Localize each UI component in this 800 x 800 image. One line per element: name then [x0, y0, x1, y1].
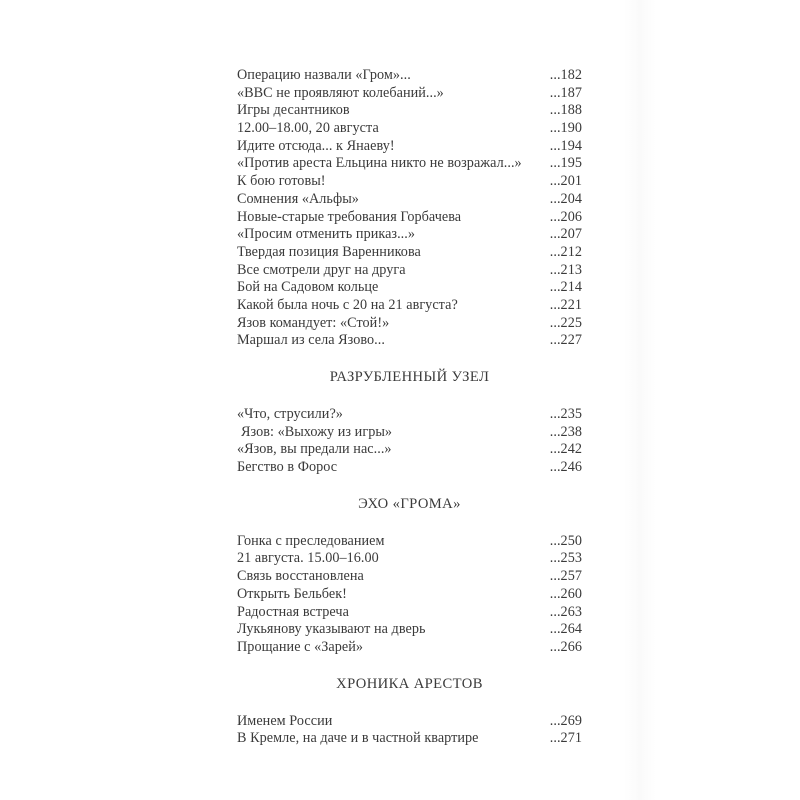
entry-page-number: ...266 [550, 639, 582, 657]
toc-entry: «Против ареста Ельцина никто не возражал… [237, 155, 582, 173]
toc-entry: К бою готовы!...201 [237, 173, 582, 191]
toc-entry: 12.00–18.00, 20 августа...190 [237, 120, 582, 138]
entry-title: «Язов, вы предали нас...» [237, 441, 550, 459]
entry-page-number: ...269 [550, 713, 582, 731]
entry-title: Идите отсюда... к Янаеву! [237, 138, 550, 156]
entry-title: Радостная встреча [237, 604, 550, 622]
entry-title: Прощание с «Зарей» [237, 639, 550, 657]
entry-title: К бою готовы! [237, 173, 550, 191]
entry-title: «ВВС не проявляют колебаний...» [237, 85, 550, 103]
entry-page-number: ...187 [550, 85, 582, 103]
spacer [237, 386, 582, 406]
entry-page-number: ...227 [550, 332, 582, 350]
spacer [237, 350, 582, 368]
toc-entry: Бой на Садовом кольце...214 [237, 279, 582, 297]
entry-page-number: ...246 [550, 459, 582, 477]
entry-page-number: ...250 [550, 533, 582, 551]
toc-entry: Язов командует: «Стой!»...225 [237, 315, 582, 333]
book-page: Операцию назвали «Гром»......182«ВВС не … [0, 0, 800, 800]
toc-entry: Сомнения «Альфы»...204 [237, 191, 582, 209]
entry-page-number: ...195 [550, 155, 582, 173]
toc-entry: Какой была ночь с 20 на 21 августа?...22… [237, 297, 582, 315]
entry-title: Новые-старые требования Горбачева [237, 209, 550, 227]
toc-entry: В Кремле, на даче и в частной квартире..… [237, 730, 582, 748]
entry-page-number: ...253 [550, 550, 582, 568]
entry-page-number: ...188 [550, 102, 582, 120]
spacer [237, 513, 582, 533]
entry-title: Именем России [237, 713, 550, 731]
entry-page-number: ...182 [550, 67, 582, 85]
entry-page-number: ...263 [550, 604, 582, 622]
entry-page-number: ...271 [550, 730, 582, 748]
spacer [237, 657, 582, 675]
toc-entry: «Язов, вы предали нас...»...242 [237, 441, 582, 459]
entry-page-number: ...225 [550, 315, 582, 333]
entry-page-number: ...214 [550, 279, 582, 297]
toc-entry: 21 августа. 15.00–16.00...253 [237, 550, 582, 568]
entry-title: Лукьянову указывают на дверь [237, 621, 550, 639]
entry-title: Гонка с преследованием [237, 533, 550, 551]
toc-entry: Бегство в Форос...246 [237, 459, 582, 477]
entry-title: Твердая позиция Варенникова [237, 244, 550, 262]
entry-title: Сомнения «Альфы» [237, 191, 550, 209]
entry-page-number: ...221 [550, 297, 582, 315]
entry-page-number: ...213 [550, 262, 582, 280]
entry-title: «Просим отменить приказ...» [237, 226, 550, 244]
entry-page-number: ...257 [550, 568, 582, 586]
toc-entry: Новые-старые требования Горбачева...206 [237, 209, 582, 227]
entry-title: Бегство в Форос [237, 459, 550, 477]
entry-title: Бой на Садовом кольце [237, 279, 550, 297]
table-of-contents: Операцию назвали «Гром»......182«ВВС не … [237, 67, 582, 748]
entry-page-number: ...235 [550, 406, 582, 424]
toc-entry: Прощание с «Зарей»...266 [237, 639, 582, 657]
entry-title: Язов командует: «Стой!» [237, 315, 550, 333]
entry-title: Все смотрели друг на друга [237, 262, 550, 280]
entry-title: В Кремле, на даче и в частной квартире [237, 730, 550, 748]
entry-page-number: ...264 [550, 621, 582, 639]
entry-title: «Против ареста Ельцина никто не возражал… [237, 155, 550, 173]
toc-entry: Лукьянову указывают на дверь...264 [237, 621, 582, 639]
entry-page-number: ...201 [550, 173, 582, 191]
toc-entry: «Что, струсили?»...235 [237, 406, 582, 424]
entry-title: Язов: «Выхожу из игры» [237, 424, 550, 442]
entry-title: Какой была ночь с 20 на 21 августа? [237, 297, 550, 315]
spacer [237, 693, 582, 713]
entry-page-number: ...207 [550, 226, 582, 244]
entry-title: Операцию назвали «Гром»... [237, 67, 550, 85]
toc-entry: Операцию назвали «Гром»......182 [237, 67, 582, 85]
toc-entry: Радостная встреча...263 [237, 604, 582, 622]
toc-entry: Гонка с преследованием...250 [237, 533, 582, 551]
section-heading: РАЗРУБЛЕННЫЙ УЗЕЛ [237, 368, 582, 386]
toc-entry: «Просим отменить приказ...»...207 [237, 226, 582, 244]
entry-title: «Что, струсили?» [237, 406, 550, 424]
entry-page-number: ...206 [550, 209, 582, 227]
toc-entry: Язов: «Выхожу из игры»...238 [237, 424, 582, 442]
entry-title: Игры десантников [237, 102, 550, 120]
entry-title: Открыть Бельбек! [237, 586, 550, 604]
toc-entry: Все смотрели друг на друга...213 [237, 262, 582, 280]
entry-title: 21 августа. 15.00–16.00 [237, 550, 550, 568]
entry-page-number: ...204 [550, 191, 582, 209]
entry-title: 12.00–18.00, 20 августа [237, 120, 550, 138]
toc-entry: Именем России...269 [237, 713, 582, 731]
toc-entry: Маршал из села Язово......227 [237, 332, 582, 350]
toc-entry: Идите отсюда... к Янаеву!...194 [237, 138, 582, 156]
entry-title: Маршал из села Язово... [237, 332, 550, 350]
toc-entry: «ВВС не проявляют колебаний...»...187 [237, 85, 582, 103]
toc-entry: Связь восстановлена...257 [237, 568, 582, 586]
entry-page-number: ...260 [550, 586, 582, 604]
toc-entry: Открыть Бельбек!...260 [237, 586, 582, 604]
section-heading: ХРОНИКА АРЕСТОВ [237, 675, 582, 693]
toc-entry: Твердая позиция Варенникова...212 [237, 244, 582, 262]
section-heading: ЭХО «ГРОМА» [237, 495, 582, 513]
entry-page-number: ...242 [550, 441, 582, 459]
entry-page-number: ...212 [550, 244, 582, 262]
entry-page-number: ...194 [550, 138, 582, 156]
spacer [237, 477, 582, 495]
entry-title: Связь восстановлена [237, 568, 550, 586]
entry-page-number: ...238 [550, 424, 582, 442]
toc-entry: Игры десантников...188 [237, 102, 582, 120]
entry-page-number: ...190 [550, 120, 582, 138]
